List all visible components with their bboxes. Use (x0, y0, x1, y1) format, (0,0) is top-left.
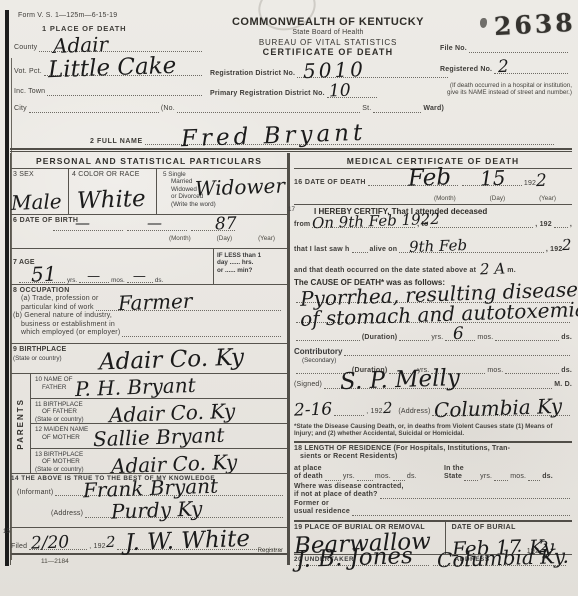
residence-where-blank (380, 496, 570, 499)
certify-saw-year-handwritten: 2 (562, 236, 572, 254)
city-label: City (14, 105, 27, 114)
duration1-lead-blank (296, 338, 360, 341)
primary-district-value: 10 (328, 80, 350, 101)
informant-label: (Informant) (17, 489, 53, 498)
race-label: 4 COLOR OR RACE (69, 169, 156, 180)
death-day-sublabel: (Day) (490, 195, 505, 202)
res-state-mos-blank (494, 478, 508, 481)
age-less-line1: IF LESS than 1 (217, 252, 285, 259)
vot-pct-label: Vot. Pct. (14, 68, 42, 77)
certify-comma: , (570, 221, 572, 230)
registration-district-label: Registration District No. (210, 70, 295, 79)
death-certificate-scan: Form V. S. 1—125m—6-15-19 1 PLACE OF DEA… (0, 0, 578, 596)
duration1-yrs: yrs. (431, 334, 443, 343)
residence-at-place-line1: at place (294, 465, 444, 474)
county-label: County (14, 44, 37, 53)
filed-year-printed: , 192 (89, 543, 106, 552)
res-mos: mos. (375, 473, 391, 482)
registration-district-value: 5010 (303, 56, 367, 82)
res-state-mos: mos. (510, 473, 526, 482)
certify-saw-year-printed: , 192 (546, 246, 563, 255)
certify-died-label: and that death occurred on the date stat… (294, 267, 476, 276)
personal-section-title: PERSONAL AND STATISTICAL PARTICULARS (11, 153, 287, 168)
form-number: Form V. S. 1—125m—6-15-19 (18, 12, 117, 21)
personal-particulars-column: PERSONAL AND STATISTICAL PARTICULARS 3 S… (11, 153, 288, 565)
filed-year-handwritten: 2 (105, 533, 115, 551)
age-days-value: — (133, 269, 146, 284)
father-name-value: P. H. Bryant (75, 373, 196, 401)
burial-date-label: DATE OF BURIAL (452, 524, 572, 533)
ink-blot (480, 18, 487, 28)
res-state-yrs-blank (464, 478, 478, 481)
signed-label: (Signed) (294, 381, 322, 390)
certify-saw-label2: alive on (370, 246, 398, 255)
informant-address-value: Purdy Ky (111, 496, 203, 523)
registered-no-label: Registered No. (440, 66, 492, 75)
bureau-title: BUREAU OF VITAL STATISTICS (200, 38, 456, 48)
certify-saw-value: 9th Feb (409, 236, 468, 256)
form-body: PERSONAL AND STATISTICAL PARTICULARS 3 S… (10, 153, 572, 565)
residence-at-place-line2: of death (294, 473, 323, 482)
county-value: Adair (53, 32, 109, 58)
occupation-a-line2: particular kind of work (21, 304, 94, 313)
undertaker-signature: J. B. Jones (296, 543, 414, 573)
age-less-line2: day ...... hrs. (217, 259, 285, 266)
city-st-blank (373, 110, 421, 113)
res-yrs-blank (325, 478, 341, 481)
death-day-value: 15 (479, 166, 505, 191)
city-blank (29, 110, 159, 113)
duration2-ds-blank (505, 371, 559, 374)
form-code: 11—2184 (11, 555, 287, 565)
scan-edge-artifact (5, 10, 9, 566)
res-state-ds-blank (528, 478, 540, 481)
dob-year-value: 87 (215, 213, 237, 234)
city-no-label: (No. (161, 105, 175, 114)
physician-address-value: Columbia Ky (434, 394, 563, 422)
board-of-health: State Board of Health (200, 29, 456, 38)
signed-md: M. D. (554, 381, 572, 390)
sex-label: 3 SEX (11, 169, 68, 180)
res-mos-blank (357, 478, 373, 481)
death-year-printed: 192 (524, 180, 536, 189)
informant-address-label: (Address) (51, 510, 83, 519)
certify-saw-blank (352, 250, 368, 253)
vot-pct-value: Little Cake (47, 52, 176, 82)
signed-address-label: (Address) (398, 408, 430, 417)
file-no-label: File No. (440, 45, 467, 54)
residence-in-the: In the (444, 465, 572, 474)
death-year-handwritten: 2 (536, 171, 548, 191)
marital-label-5: (Write the word) (163, 201, 287, 208)
contributory-sublabel: (Secondary) (294, 357, 572, 364)
hospital-note: (If death occurred in a hospital or inst… (446, 82, 572, 97)
occupation-b-blank (122, 334, 281, 337)
parents-label: PARENTS (16, 398, 25, 450)
res-yrs: yrs. (343, 473, 355, 482)
inc-town-blank (47, 93, 202, 96)
certificate-stamp-number: 2638 (493, 8, 576, 41)
signed-year-printed: , 192 (366, 408, 383, 417)
birthplace-value: Adair Co. Ky (99, 345, 245, 376)
contributory-blank (344, 353, 570, 356)
full-name-row: 2 FULL NAME Fred Bryant (12, 118, 568, 146)
residence-former-blank (352, 513, 570, 516)
registrar-label: Registrar (257, 547, 283, 554)
duration1-ds: ds. (561, 334, 572, 343)
file-no-blank (469, 50, 568, 53)
res-ds-blank (393, 478, 405, 481)
occupation-b-line2: business or establishment in (13, 321, 283, 330)
certify-to-blank (430, 225, 533, 228)
city-ward-label: Ward) (423, 105, 444, 114)
inc-town-label: Inc. Town (14, 88, 45, 97)
dob-month-value: — (75, 214, 90, 232)
certify-died-time: 2 A (480, 260, 506, 279)
registered-no-value: 2 (498, 56, 510, 76)
residence-state: State (444, 473, 462, 482)
commonwealth-title: COMMONWEALTH OF KENTUCKY (200, 16, 456, 28)
death-year-sublabel: (Year) (539, 195, 556, 202)
certify-to-year-blank (554, 225, 568, 228)
signed-year-handwritten: 2 (382, 399, 392, 417)
marital-value: Widower (195, 173, 286, 200)
header: Form V. S. 1—125m—6-15-19 1 PLACE OF DEA… (12, 8, 572, 120)
residence-label-line1: 18 LENGTH OF RESIDENCE (For Hospitals, I… (294, 445, 572, 454)
physician-signature: S. P. Melly (340, 365, 461, 395)
certificate-title: CERTIFICATE OF DEATH (200, 47, 456, 58)
handwritten-ky-flourish: Ky (529, 535, 555, 560)
age-months-value: — (87, 269, 100, 284)
duration2-ds: ds. (561, 367, 572, 376)
medical-certificate-column: MEDICAL CERTIFICATE OF DEATH 16 DATE OF … (288, 153, 572, 565)
dob-day-value: — (147, 214, 162, 232)
city-st-label: St. (362, 105, 371, 114)
certify-item-number: 17 (288, 206, 295, 213)
res-state-ds: ds. (542, 473, 553, 482)
dob-day-sublabel: (Day) (217, 235, 232, 242)
full-name-label: 2 FULL NAME (90, 138, 143, 147)
filed-date-value: 2/20 (31, 532, 70, 553)
duration1-label: (Duration) (362, 334, 397, 343)
residence-former-line2: usual residence (294, 508, 350, 517)
certify-to-year: , 192 (535, 221, 552, 230)
duration1-ds-blank (495, 338, 559, 341)
occupation-b-line3: which employed (or employer) (13, 329, 120, 338)
registrar-signature: J. W. White (125, 526, 251, 556)
res-ds: ds. (407, 473, 417, 482)
occupation-value: Farmer (117, 289, 192, 316)
death-month-value: Feb (407, 164, 451, 191)
duration1-mos-value: 6 (453, 324, 465, 344)
double-rule (10, 148, 572, 152)
certify-saw-label1: that I last saw h (294, 246, 350, 255)
parents-vertical-label-cell: PARENTS (11, 374, 31, 473)
duration2-mos: mos. (487, 367, 503, 376)
residence-former-line1: Former or (294, 500, 572, 509)
city-no-blank (177, 110, 360, 113)
certify-died-m: m. (507, 267, 516, 276)
signed-date-blank (334, 413, 364, 416)
signed-date-value: 2-16 (294, 399, 333, 420)
sex-value: Male (11, 189, 62, 215)
filed-item-number: 15 (3, 528, 10, 535)
date-of-death-label: 16 DATE OF DEATH (294, 179, 366, 188)
duration1-mos: mos. (477, 334, 493, 343)
race-value: White (77, 186, 147, 214)
dob-year-sublabel: (Year) (258, 235, 275, 242)
cause-footnote: *State the Disease Causing Death, or, in… (294, 423, 566, 438)
age-less-line3: or ...... min? (217, 267, 285, 274)
certify-from-label: from (294, 221, 310, 230)
residence-where-line1: Where was disease contracted, (294, 483, 572, 492)
dob-month-sublabel: (Month) (169, 235, 191, 242)
residence-where-line2: if not at place of death? (294, 491, 378, 500)
death-month-sublabel: (Month) (434, 195, 456, 202)
contributory-label: Contributory (294, 347, 342, 357)
primary-district-label: Primary Registration District No. (210, 90, 325, 99)
residence-label-line2: sients or Recent Residents) (294, 453, 572, 462)
res-state-yrs: yrs. (480, 473, 492, 482)
filed-label: Filed (11, 543, 27, 552)
mother-name-value: Sallie Bryant (93, 423, 225, 452)
duration1-yrs-blank (399, 338, 429, 341)
